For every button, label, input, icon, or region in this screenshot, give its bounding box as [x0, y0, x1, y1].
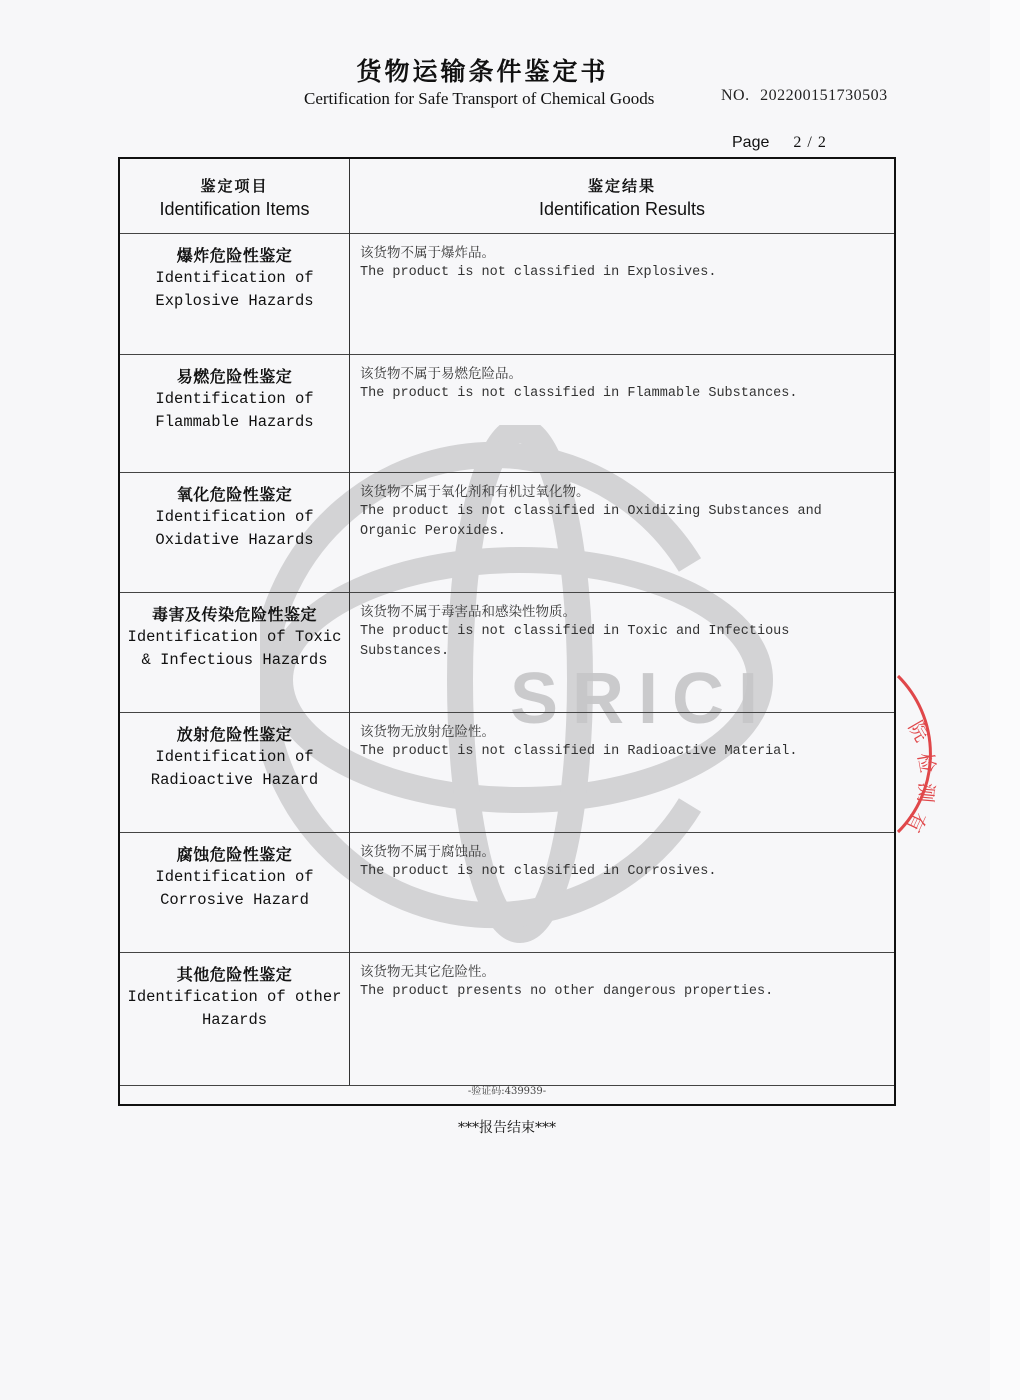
result-text-cn: 该货物不属于毒害品和感染性物质。 [360, 600, 894, 620]
item-cell: 放射危险性鉴定Identification of Radioactive Haz… [120, 712, 350, 832]
table-row: 爆炸危险性鉴定Identification of Explosive Hazar… [120, 233, 894, 355]
result-cell: 该货物不属于腐蚀品。The product is not classified … [350, 832, 894, 952]
table-row: 易燃危险性鉴定Identification of Flammable Hazar… [120, 354, 894, 473]
item-name-en: Identification of Flammable Hazards [120, 388, 349, 434]
result-text-en: The product is not classified in Oxidizi… [360, 502, 880, 542]
result-cell: 该货物无放射危险性。The product is not classified … [350, 712, 894, 832]
item-name-en: Identification of Toxic & Infectious Haz… [120, 626, 349, 672]
end-of-report-mark: ***报告结束*** [118, 1117, 896, 1137]
result-text-cn: 该货物不属于爆炸品。 [360, 241, 894, 261]
svg-text:院: 院 [904, 717, 935, 746]
result-text-cn: 该货物无其它危险性。 [360, 960, 894, 980]
item-cell: 易燃危险性鉴定Identification of Flammable Hazar… [120, 354, 350, 472]
identification-table: 鉴定项目 Identification Items 鉴定结果 Identific… [118, 157, 896, 1106]
result-text-cn: 该货物不属于易燃危险品。 [360, 362, 894, 382]
page-indicator: Page2 / 2 [732, 134, 827, 152]
header-items-en: Identification Items [120, 199, 349, 220]
item-name-en: Identification of Radioactive Hazard [120, 746, 349, 792]
document-title-en: Certification for Safe Transport of Chem… [304, 89, 654, 109]
table-row: 毒害及传染危险性鉴定Identification of Toxic & Infe… [120, 592, 894, 713]
result-cell: 该货物不属于氧化剂和有机过氧化物。The product is not clas… [350, 472, 894, 592]
item-name-cn: 其他危险性鉴定 [120, 962, 349, 985]
result-text-en: The product is not classified in Flammab… [360, 384, 880, 404]
table-row: 放射危险性鉴定Identification of Radioactive Haz… [120, 712, 894, 833]
item-name-en: Identification of Corrosive Hazard [120, 866, 349, 912]
result-text-cn: 该货物无放射危险性。 [360, 720, 894, 740]
result-text-en: The product is not classified in Explosi… [360, 263, 880, 283]
header-results-cell: 鉴定结果 Identification Results [350, 159, 894, 233]
table-row: 腐蚀危险性鉴定Identification of Corrosive Hazar… [120, 832, 894, 953]
item-cell: 毒害及传染危险性鉴定Identification of Toxic & Infe… [120, 592, 350, 712]
item-name-en: Identification of other Hazards [120, 986, 349, 1032]
table-row: 其他危险性鉴定Identification of other Hazards该货… [120, 952, 894, 1086]
item-cell: 其他危险性鉴定Identification of other Hazards [120, 952, 350, 1085]
item-name-cn: 易燃危险性鉴定 [120, 364, 349, 387]
item-cell: 爆炸危险性鉴定Identification of Explosive Hazar… [120, 233, 350, 354]
result-cell: 该货物不属于易燃危险品。The product is not classifie… [350, 354, 894, 472]
item-name-en: Identification of Explosive Hazards [120, 267, 349, 313]
item-name-cn: 毒害及传染危险性鉴定 [120, 602, 349, 625]
result-text-en: The product is not classified in Radioac… [360, 742, 880, 762]
item-name-cn: 氧化危险性鉴定 [120, 482, 349, 505]
document-number-value: 202200151730503 [760, 87, 888, 104]
svg-text:有: 有 [901, 808, 931, 836]
item-name-cn: 腐蚀危险性鉴定 [120, 842, 349, 865]
result-text-cn: 该货物不属于氧化剂和有机过氧化物。 [360, 480, 894, 500]
header-items-cn: 鉴定项目 [120, 175, 349, 196]
item-cell: 氧化危险性鉴定Identification of Oxidative Hazar… [120, 472, 350, 592]
page-label: Page [732, 134, 769, 151]
result-text-en: The product is not classified in Corrosi… [360, 862, 880, 882]
item-name-cn: 爆炸危险性鉴定 [120, 243, 349, 266]
document-title-cn: 货物运输条件鉴定书 [0, 52, 965, 88]
header-results-en: Identification Results [350, 199, 894, 220]
header-results-cn: 鉴定结果 [350, 175, 894, 196]
svg-text:检: 检 [913, 751, 940, 775]
result-text-cn: 该货物不属于腐蚀品。 [360, 840, 894, 860]
result-cell: 该货物无其它危险性。The product presents no other … [350, 952, 894, 1085]
table-row: 氧化危险性鉴定Identification of Oxidative Hazar… [120, 472, 894, 593]
document-number: NO. 202200151730503 [721, 87, 888, 105]
page-value: 2 / 2 [793, 134, 826, 151]
item-cell: 腐蚀危险性鉴定Identification of Corrosive Hazar… [120, 832, 350, 952]
result-text-en: The product is not classified in Toxic a… [360, 622, 880, 662]
item-name-en: Identification of Oxidative Hazards [120, 506, 349, 552]
item-name-cn: 放射危险性鉴定 [120, 722, 349, 745]
result-cell: 该货物不属于爆炸品。The product is not classified … [350, 233, 894, 354]
paper-edge [990, 0, 1020, 1400]
header-items-cell: 鉴定项目 Identification Items [120, 159, 350, 233]
table-header-row: 鉴定项目 Identification Items 鉴定结果 Identific… [120, 159, 894, 234]
verification-code: -验证码:439939- [120, 1082, 894, 1104]
svg-text:测: 测 [913, 782, 939, 804]
result-cell: 该货物不属于毒害品和感染性物质。The product is not class… [350, 592, 894, 712]
result-text-en: The product presents no other dangerous … [360, 982, 880, 1002]
document-number-label: NO. [721, 87, 750, 104]
